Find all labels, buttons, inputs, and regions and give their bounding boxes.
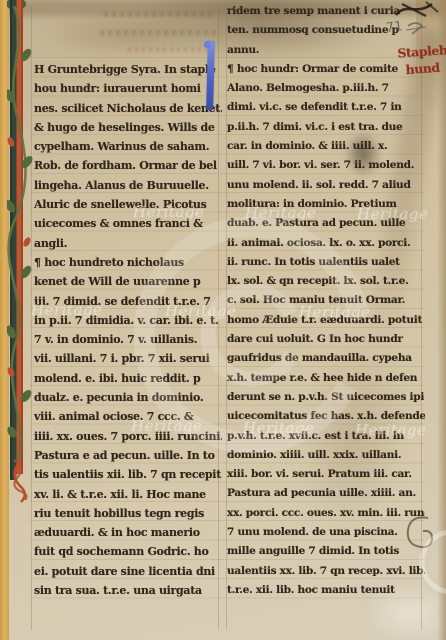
manuscript-text-line: fuit qd sochemann Godric. ho bbox=[34, 542, 222, 561]
manuscript-text-line: 7 unu molend. de una piscina. bbox=[227, 523, 425, 542]
watermark-text: Heritage bbox=[245, 204, 316, 222]
manuscript-text-line: cypelham. Warinus de saham. bbox=[34, 137, 222, 156]
manuscript-text-line: dominio. xiiii. uill. xxix. uillani. bbox=[227, 446, 425, 465]
manuscript-page-photo: H Gruntebrigge Syra. In staplehou hundr:… bbox=[0, 0, 446, 640]
manuscript-text-line: gaufridus de mandauilla. cypeha bbox=[227, 349, 425, 368]
manuscript-text-line: ii. runc. In totis ualentiis ualet bbox=[227, 253, 425, 272]
manuscript-text-line: ridem tre semp manent i curia bbox=[227, 2, 425, 21]
manuscript-text-line: ¶ hoc hundr: Ormar de comite bbox=[227, 60, 425, 79]
manuscript-text-line: x.h. tempe r.e. & hee hide n defen bbox=[227, 369, 425, 388]
watermark-text: Heritage bbox=[165, 302, 236, 320]
manuscript-text-line: ualentiis xx. lib. 7 qn recep. xvi. lib. bbox=[227, 562, 425, 581]
manuscript-text-line: sin tra sua. t.r.e. una uirgata bbox=[34, 581, 222, 600]
manuscript-text-line: riu tenuit hobillus tegn regis bbox=[34, 504, 222, 523]
manuscript-column-left: H Gruntebrigge Syra. In staplehou hundr:… bbox=[34, 60, 222, 604]
folio-number: 71 bbox=[385, 19, 403, 36]
manuscript-text-line: angli. bbox=[34, 234, 222, 253]
faded-text-row bbox=[104, 12, 216, 17]
manuscript-text-line: vii. uillani. 7 i. pbr. 7 xii. serui bbox=[34, 349, 222, 368]
watermark-text: Heritage bbox=[355, 421, 426, 439]
manuscript-text-line: Pastura e ad pecun. uille. In to bbox=[34, 446, 222, 465]
manuscript-text-line: unu molend. ii. sol. redd. 7 aliud bbox=[227, 176, 425, 195]
faded-text-row bbox=[128, 47, 210, 52]
manuscript-text-line: tis ualentiis xii. lib. 7 qn recepit bbox=[34, 465, 222, 484]
manuscript-text-line: & hugo de heselinges. Wills de bbox=[34, 118, 222, 137]
manuscript-text-line: dualz. e. pecunia in dominio. bbox=[34, 388, 222, 407]
manuscript-text-line: ei. potuit dare sine licentia dni bbox=[34, 562, 222, 581]
manuscript-text-line: molend. e. ibi. huic reddit. p bbox=[34, 369, 222, 388]
manuscript-text-line: lx. sol. & qn recepit. lx. sol. t.r.e. bbox=[227, 272, 425, 291]
rubric-line: hund bbox=[398, 58, 446, 78]
manuscript-text-line: Rob. de fordham. Ormar de bel bbox=[34, 156, 222, 175]
watermark-text: Heritage bbox=[243, 419, 314, 437]
manuscript-text-line: t.r.e. xii. lib. hoc maniu tenuit bbox=[227, 581, 425, 600]
watermark-text: Heritage bbox=[31, 301, 102, 319]
manuscript-text-line: nes. scilicet Nicholaus de kenet. bbox=[34, 99, 222, 118]
watermark-text: Heritage bbox=[133, 203, 204, 221]
manuscript-text-line: H Gruntebrigge Syra. In staple bbox=[34, 60, 222, 79]
rubric-heading: Stapleho hund bbox=[397, 41, 446, 78]
manuscript-text-line: dimi. vi.c. se defendit t.r.e. 7 in bbox=[227, 98, 425, 117]
manuscript-text-line: Alano. Belmogesha. p.iii.h. 7 bbox=[227, 79, 425, 98]
manuscript-text-line: æduuardi. & in hoc manerio bbox=[34, 523, 222, 542]
manuscript-text-line: mille anguille 7 dimid. In totis bbox=[227, 542, 425, 561]
page-edge-left bbox=[0, 0, 9, 640]
manuscript-text-line: annu. bbox=[227, 41, 425, 60]
manuscript-text-line: lingeha. Alanus de Buruuelle. bbox=[34, 176, 222, 195]
manuscript-text-line: xv. li. & t.r.e. xii. li. Hoc mane bbox=[34, 485, 222, 504]
watermark-text: Heritage bbox=[357, 205, 428, 223]
manuscript-text-line: kenet de Will de uuarenne p bbox=[34, 272, 222, 291]
watermark-text: Heritage bbox=[299, 303, 370, 321]
manuscript-text-line: 7 v. in dominio. 7 v. uillanis. bbox=[34, 330, 222, 349]
manuscript-text-line: xx. porci. ccc. oues. xv. min. iii. runc… bbox=[227, 504, 425, 523]
manuscript-text-line: xiii. bor. vi. serui. Pratum iii. car. bbox=[227, 465, 425, 484]
manuscript-text-line: ii. animal. ociosa. lx. o. xx. porci. bbox=[227, 234, 425, 253]
manuscript-text-line: car. in dominio. & iiii. uill. x. bbox=[227, 137, 425, 156]
manuscript-text-line: uill. 7 vi. bor. vi. ser. 7 ii. molend. bbox=[227, 156, 425, 175]
manuscript-text-line: dare cui uoluit. G In hoc hundr bbox=[227, 330, 425, 349]
red-margin-flourish bbox=[8, 458, 32, 502]
manuscript-text-line: Pastura ad pecunia uille. xiiii. an. bbox=[227, 484, 425, 503]
faded-text-row bbox=[100, 30, 218, 35]
manuscript-text-line: p.ii.h. 7 dimi. vi.c. i est tra. due bbox=[227, 118, 425, 137]
manuscript-text-line: derunt se n. p.v.h. St uicecomes ipi bbox=[227, 388, 425, 407]
manuscript-text-line: hou hundr: iurauerunt homi bbox=[34, 79, 222, 98]
watermark-text: Heritage bbox=[131, 417, 202, 435]
manuscript-text-line: ¶ hoc hundreto nicholaus bbox=[34, 253, 222, 272]
